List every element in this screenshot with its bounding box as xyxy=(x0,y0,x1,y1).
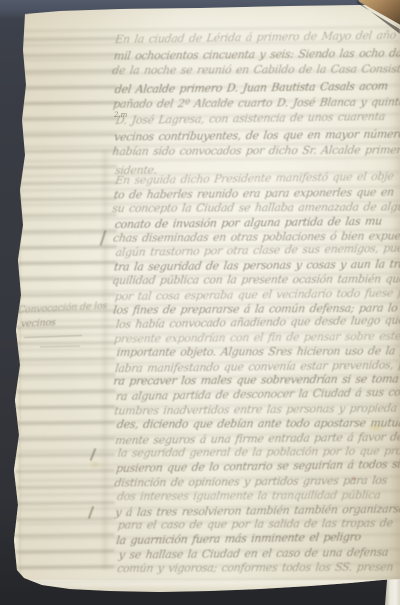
interlinear-insertion: 2.m xyxy=(114,111,127,119)
manuscript-line: des, diciendo que debían ante todo apost… xyxy=(116,416,400,432)
margin-note: Convocación de losvecinos xyxy=(19,300,120,330)
fold-shadow xyxy=(100,150,110,570)
manuscript-photo: 33 En la ciudad de Lérida á primero de M… xyxy=(0,0,400,605)
manuscript-line: quilidad pública con la presente ocasión… xyxy=(111,272,395,288)
manuscript-line: importante objeto. Algunos Sres hicieron… xyxy=(116,344,400,360)
manuscript-line: su concepto la Ciudad se hallaba amenaza… xyxy=(111,200,395,216)
manuscript-paragraph-1: En la ciudad de Lérida á primero de Mayo… xyxy=(113,29,397,178)
manuscript-line: dos intereses igualmente la tranquilidad… xyxy=(116,488,400,504)
manuscript-paragraph-2: En seguida dicho Presidente manifestó qu… xyxy=(113,171,399,577)
manuscript-line: de la noche se reunió en Cabildo de la C… xyxy=(111,62,395,80)
manuscript-page: 33 En la ciudad de Lérida á primero de M… xyxy=(0,0,400,605)
paper-stain xyxy=(88,460,102,469)
manuscript-line: habían sido convocados por dicho Sr. Alc… xyxy=(111,143,395,161)
manuscript-line: común y vigorosa; conformes todos los SS… xyxy=(116,560,400,576)
